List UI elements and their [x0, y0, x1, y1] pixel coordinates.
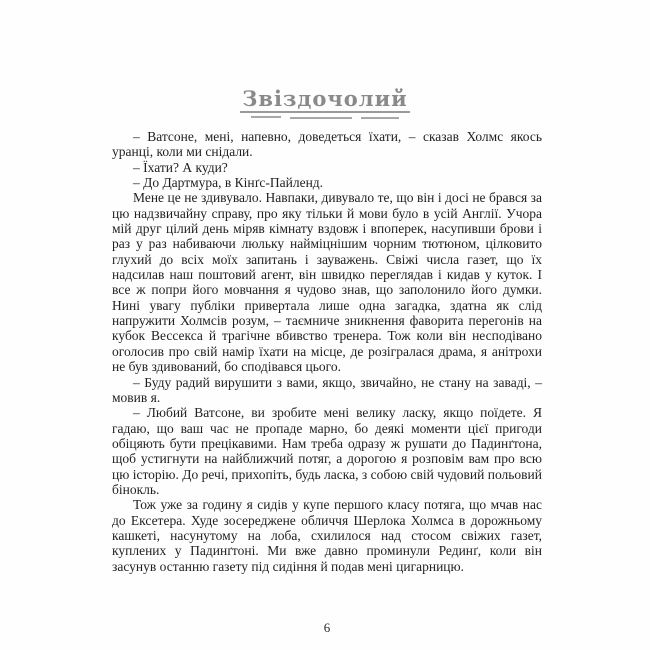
paragraph-narration: Мене це не здивувало. Навпаки, дивувало … — [112, 190, 542, 374]
paragraph-dialogue: – Їхати? А куди? — [112, 160, 542, 175]
page-number: 6 — [112, 620, 542, 636]
book-page: Звіздочолий – Ватсоне, мені, напевно, до… — [0, 0, 650, 650]
ornament-dash — [290, 117, 352, 119]
title-ornament-rule — [251, 116, 399, 119]
paragraph-dialogue: – Буду радий вирушити з вами, якщо, звич… — [112, 375, 542, 406]
paragraph-narration: Тож уже за годину я сидів у купе першого… — [112, 497, 542, 574]
body-text-block: – Ватсоне, мені, напевно, доведеться їха… — [112, 129, 542, 574]
paragraph-dialogue: – Ватсоне, мені, напевно, доведеться їха… — [112, 129, 542, 160]
paragraph-dialogue: – До Дартмура, в Кінґс-Пайленд. — [112, 175, 542, 190]
ornament-dash — [251, 116, 281, 118]
ornament-dash — [361, 117, 399, 119]
paragraph-dialogue: – Любий Ватсоне, ви зробите мені велику … — [112, 405, 542, 497]
chapter-title: Звіздочолий — [240, 88, 409, 113]
chapter-header: Звіздочолий — [0, 88, 650, 119]
